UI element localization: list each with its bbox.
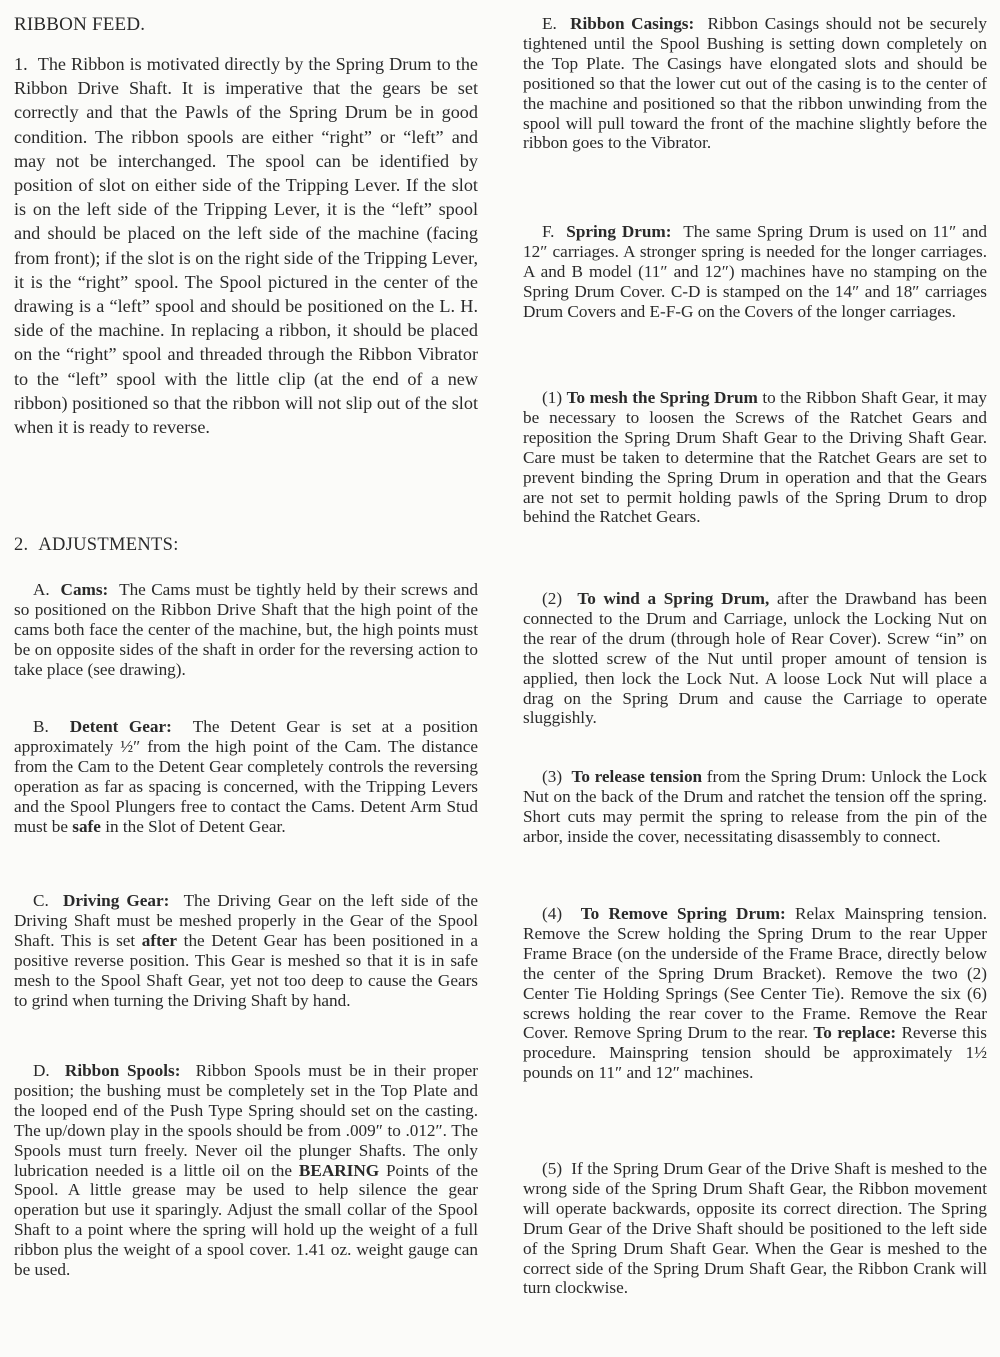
item-driving-gear: C. Driving Gear: The Driving Gear on the… — [14, 891, 478, 1010]
step-gear-direction: (5) If the Spring Drum Gear of the Drive… — [523, 1159, 987, 1298]
paragraph-text: The Ribbon is motivated directly by the … — [14, 54, 478, 437]
step-mesh-spring-drum: (1) To mesh the Spring Drum to the Ribbo… — [523, 388, 987, 527]
item-letter: F. — [542, 222, 554, 241]
section-title: RIBBON FEED. — [14, 14, 145, 36]
item-cams: A. Cams: The Cams must be tightly held b… — [14, 580, 478, 680]
step-label: To release tension — [571, 767, 702, 786]
item-letter: C. — [33, 891, 49, 910]
step-number: (2) — [542, 589, 562, 608]
step-label: To Remove Spring Drum: — [581, 904, 786, 923]
item-ribbon-spools: D. Ribbon Spools: Ribbon Spools must be … — [14, 1061, 478, 1280]
item-detent-gear: B. Detent Gear: The Detent Gear is set a… — [14, 717, 478, 836]
item-label: Ribbon Spools: — [65, 1061, 181, 1080]
item-letter: E. — [542, 14, 557, 33]
item-letter: A. — [33, 580, 50, 599]
step-text: after the Drawband has been connected to… — [523, 589, 987, 727]
step-text: to the Ribbon Shaft Gear, it may be nece… — [523, 388, 987, 526]
step-label-replace: To replace: — [813, 1023, 896, 1042]
step-wind-spring-drum: (2) To wind a Spring Drum, after the Dra… — [523, 589, 987, 728]
item-letter: B. — [33, 717, 49, 736]
step-number: (3) — [542, 767, 562, 786]
paragraph-number: 1. — [14, 54, 28, 74]
adjustments-heading: 2. ADJUSTMENTS: — [14, 535, 179, 556]
manual-page: RIBBON FEED. 1. The Ribbon is motivated … — [0, 0, 1000, 1357]
step-number: (5) — [542, 1159, 562, 1178]
step-number: (4) — [542, 904, 562, 923]
item-letter: D. — [33, 1061, 50, 1080]
step-label: To wind a Spring Drum, — [577, 589, 769, 608]
item-emphasis: BEARING — [299, 1161, 379, 1180]
item-text: in the Slot of Detent Gear. — [101, 817, 286, 836]
item-label: Detent Gear: — [70, 717, 172, 736]
item-ribbon-casings: E. Ribbon Casings: Ribbon Casings should… — [523, 14, 987, 153]
paragraph-ribbon-motivation: 1. The Ribbon is motivated directly by t… — [14, 52, 478, 439]
item-emphasis: after — [142, 931, 177, 950]
item-spring-drum: F. Spring Drum: The same Spring Drum is … — [523, 222, 987, 322]
item-label: Driving Gear: — [63, 891, 169, 910]
item-label: Ribbon Casings: — [570, 14, 694, 33]
step-label: To mesh the Spring Drum — [567, 388, 758, 407]
item-emphasis: safe — [72, 817, 101, 836]
item-label: Spring Drum: — [566, 222, 671, 241]
item-text: Ribbon Casings should not be securely ti… — [523, 14, 987, 152]
step-text: Relax Mainspring tension. Remove the Scr… — [523, 904, 987, 1042]
step-release-tension: (3) To release tension from the Spring D… — [523, 767, 987, 847]
item-label: Cams: — [61, 580, 109, 599]
step-number: (1) — [542, 388, 562, 407]
step-text: If the Spring Drum Gear of the Drive Sha… — [523, 1159, 987, 1297]
step-remove-spring-drum: (4) To Remove Spring Drum: Relax Mainspr… — [523, 904, 987, 1083]
